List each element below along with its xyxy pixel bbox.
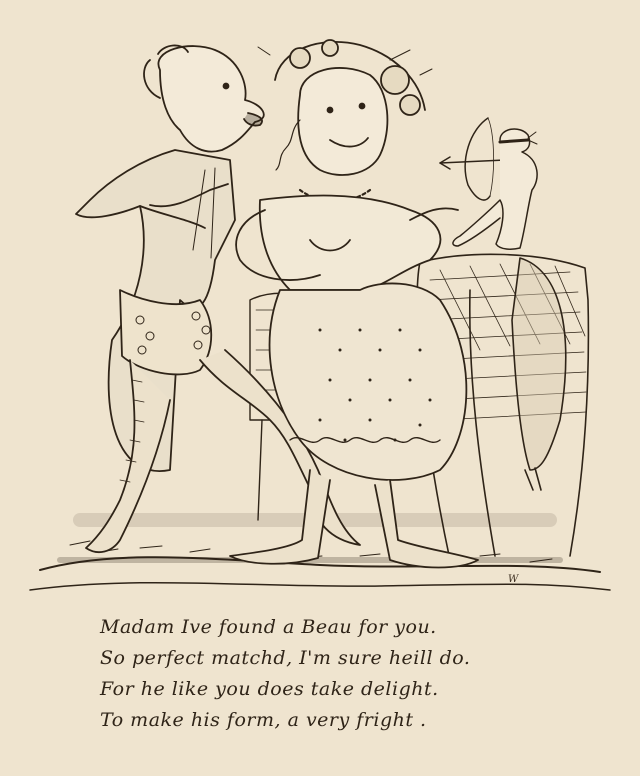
caption-line-3: For he like you does take delight. xyxy=(100,674,540,705)
stout-woman-figure xyxy=(230,40,478,568)
artist-signature: W xyxy=(508,574,518,585)
caption-line-1: Madam Ive found a Beau for you. xyxy=(100,612,540,643)
cupid-figure xyxy=(440,118,537,249)
caption-line-4: To make his form, a very fright . xyxy=(100,705,540,736)
caption-line-2: So perfect matchd, I'm sure heill do. xyxy=(100,643,540,674)
verse-caption: Madam Ive found a Beau for you. So perfe… xyxy=(100,612,540,736)
